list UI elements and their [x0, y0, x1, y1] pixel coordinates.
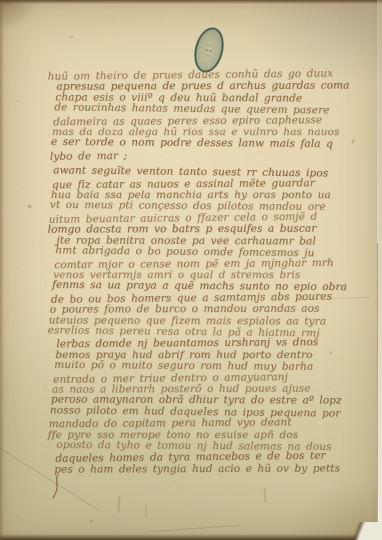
- edge-vignette: [0, 0, 382, 540]
- page-bottom-edge: [0, 534, 382, 540]
- page-left-edge: [0, 0, 4, 540]
- page-top-edge: [0, 0, 382, 4]
- page-corner-bottom-right: [336, 522, 382, 540]
- manuscript-scan-page: ·∴· ≈≈ ·∴· huũ om theiro de prues daues …: [0, 0, 382, 540]
- page-right-edge-line: [377, 243, 379, 540]
